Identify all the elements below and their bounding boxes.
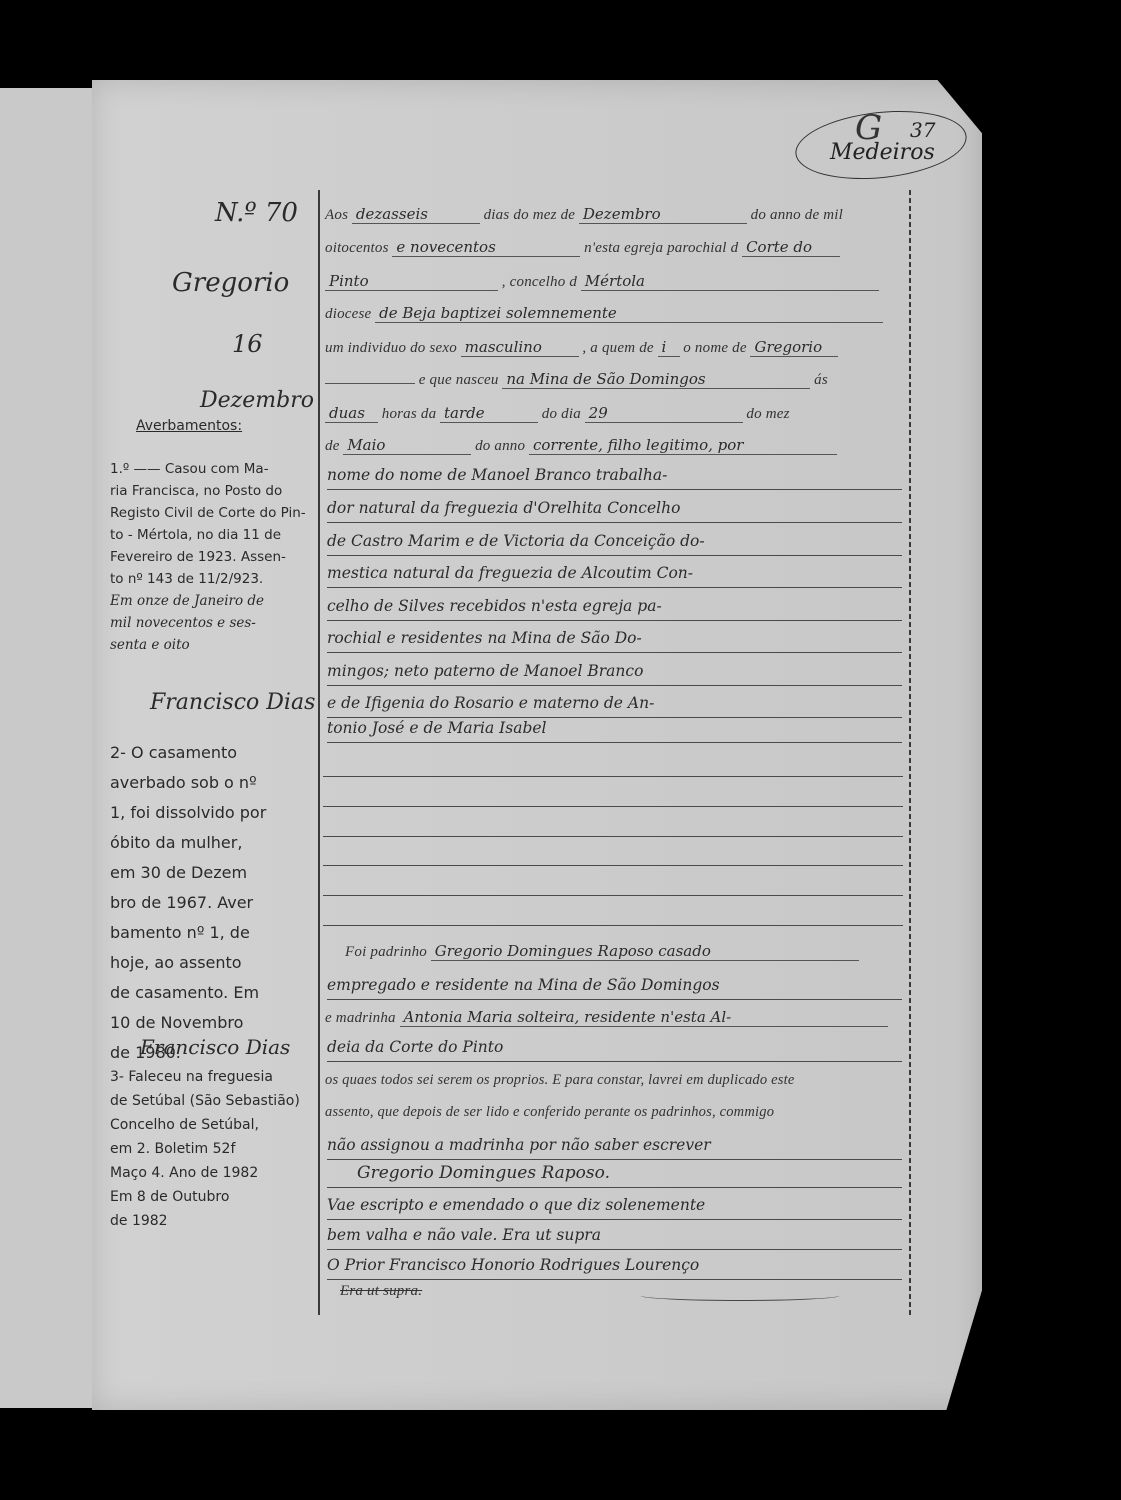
annotation-line: ria Francisca, no Posto do	[110, 480, 318, 502]
annotation-line: mil novecentos e ses-	[110, 612, 318, 634]
printed-text: oitocentos	[325, 240, 389, 256]
field-sex: masculino	[461, 338, 579, 357]
blank-ruled-line	[323, 895, 903, 896]
annotation-1: 1.º —— Casou com Ma- ria Francisca, no P…	[110, 458, 318, 656]
blank-ruled-line	[323, 776, 903, 777]
signature-line: Vae escripto e emendado o que diz solene…	[327, 1192, 902, 1220]
printed-text: Foi padrinho	[345, 944, 427, 960]
printed-text: ás	[814, 372, 828, 388]
printed-text: do mez	[746, 406, 789, 422]
field-diocese: de Beja baptizei solemnemente	[375, 304, 883, 323]
annotation-2: 2- O casamento averbado sob o nº 1, foi …	[110, 738, 318, 1068]
printed-text: um individuo do sexo	[325, 340, 457, 356]
annotation-2-signature: Francisco Dias	[140, 1035, 290, 1059]
annotation-line: averbado sob o nº	[110, 768, 318, 798]
printed-text: e madrinha	[325, 1010, 396, 1026]
margin-child-name: Gregorio	[172, 268, 289, 298]
printed-text: , a quem de	[582, 340, 653, 356]
annotation-line: Fevereiro de 1923. Assen-	[110, 546, 318, 568]
annotation-line: to nº 143 de 11/2/923.	[110, 568, 318, 590]
body-line: rochial e residentes na Mina de São Do-	[327, 625, 902, 653]
annotations-heading: Averbamentos:	[136, 418, 242, 434]
body-line: dor natural da freguezia d'Orelhita Conc…	[327, 495, 902, 523]
field-day: dezasseis	[352, 205, 480, 224]
blank-ruled-line	[323, 925, 903, 926]
body-line: celho de Silves recebidos n'esta egreja …	[327, 593, 902, 621]
annotation-line: 3- Faleceu na freguesia	[110, 1065, 318, 1089]
field-birth-year: corrente, filho legitimo, por	[529, 436, 837, 455]
annotation-line: de casamento. Em	[110, 978, 318, 1008]
godmother-line-2: deia da Corte do Pinto	[327, 1034, 902, 1062]
field-year: e novecentos	[392, 238, 580, 257]
annotation-line: Maço 4. Ano de 1982	[110, 1161, 318, 1185]
record-line-3: Pinto , concelho d Mértola	[325, 272, 905, 291]
annotation-1-signature: Francisco Dias	[150, 690, 315, 715]
field-birthplace: na Mina de São Domingos	[502, 370, 810, 389]
entry-number: N.º 70	[215, 198, 298, 228]
record-line-4: diocese de Beja baptizei solemnemente	[325, 304, 905, 323]
printed-text: do anno de mil	[751, 207, 843, 223]
field-name: Gregorio	[750, 338, 838, 357]
body-line: e de Ifigenia do Rosario e materno de An…	[327, 690, 902, 718]
left-facing-page	[0, 88, 94, 1408]
printed-text: do anno	[475, 438, 525, 454]
annotation-line: óbito da mulher,	[110, 828, 318, 858]
annotation-line: Em onze de Janeiro de	[110, 590, 318, 612]
printed-text: horas da	[382, 406, 437, 422]
annotation-line: hoje, ao assento	[110, 948, 318, 978]
annotation-line: Registo Civil de Corte do Pin-	[110, 502, 318, 524]
field-parish: Corte do	[742, 238, 840, 257]
margin-month: Dezembro	[200, 388, 314, 413]
godfather-line-2: empregado e residente na Mina de São Dom…	[327, 972, 902, 1000]
godfather-signature: Gregorio Domingues Raposo.	[327, 1160, 902, 1188]
printed-text: diocese	[325, 306, 371, 322]
closing-text-2: assento, que depois de ser lido e confer…	[325, 1104, 905, 1121]
annotation-line: Concelho de Setúbal,	[110, 1113, 318, 1137]
annotation-line: bro de 1967. Aver	[110, 888, 318, 918]
field-birth-month: Maio	[343, 436, 471, 455]
annotation-line: to - Mértola, no dia 11 de	[110, 524, 318, 546]
signature-line: não assignou a madrinha por não saber es…	[327, 1132, 902, 1160]
field-month: Dezembro	[579, 205, 747, 224]
printed-text: do dia	[542, 406, 581, 422]
printed-text: de	[325, 438, 340, 454]
body-line: mingos; neto paterno de Manoel Branco	[327, 658, 902, 686]
annotation-line: senta e oito	[110, 634, 318, 656]
printed-text: dias do mez de	[484, 207, 576, 223]
body-line: de Castro Marim e de Victoria da Conceiç…	[327, 528, 902, 556]
printed-text: o nome de	[683, 340, 746, 356]
stamp-signature: Medeiros	[830, 140, 935, 165]
body-line: tonio José e de Maria Isabel	[327, 715, 902, 743]
field-municipality: Mértola	[581, 272, 879, 291]
annotation-line: em 30 de Dezem	[110, 858, 318, 888]
field-name-cont	[325, 383, 415, 384]
annotation-line: 1, foi dissolvido por	[110, 798, 318, 828]
field-period: tarde	[440, 404, 538, 423]
record-line-8: de Maio do anno corrente, filho legitimo…	[325, 436, 905, 455]
godfather-line: Foi padrinho Gregorio Domingues Raposo c…	[345, 942, 905, 961]
right-border-rule	[909, 190, 911, 1315]
printed-text: Aos	[325, 207, 348, 223]
record-line-1: Aos dezasseis dias do mez de Dezembro do…	[325, 205, 905, 224]
record-line-5: um individuo do sexo masculino , a quem …	[325, 338, 905, 357]
page-number: 37	[910, 118, 935, 142]
annotation-line: 1.º —— Casou com Ma-	[110, 458, 318, 480]
printed-text: , concelho d	[502, 274, 577, 290]
annotation-line: 10 de Novembro	[110, 1008, 318, 1038]
godmother-line: e madrinha Antonia Maria solteira, resid…	[325, 1008, 905, 1027]
blank-ruled-line	[323, 806, 903, 807]
field-birth-day: 29	[585, 404, 743, 423]
printed-text: n'esta egreja parochial d	[584, 240, 738, 256]
record-line-7: duas horas da tarde do dia 29 do mez	[325, 404, 905, 423]
signature-line: bem valha e não vale. Era ut supra	[327, 1222, 902, 1250]
record-line-2: oitocentos e novecentos n'esta egreja pa…	[325, 238, 905, 257]
margin-day: 16	[232, 330, 263, 358]
annotation-line: em 2. Boletim 52f	[110, 1137, 318, 1161]
blank-ruled-line	[323, 836, 903, 837]
blank-ruled-line	[323, 865, 903, 866]
field-godfather: Gregorio Domingues Raposo casado	[431, 942, 859, 961]
annotation-line: 2- O casamento	[110, 738, 318, 768]
body-line: mestica natural da freguezia de Alcoutim…	[327, 560, 902, 588]
field-parish-cont: Pinto	[325, 272, 498, 291]
priest-signature: O Prior Francisco Honorio Rodrigues Lour…	[327, 1252, 902, 1280]
printed-text: e que nasceu	[419, 372, 499, 388]
record-line-6: e que nasceu na Mina de São Domingos ás	[325, 370, 905, 389]
signature-flourish	[640, 1290, 840, 1301]
field-gave: i	[658, 338, 680, 357]
margin-divider-rule	[318, 190, 320, 1315]
closing-text-1: os quaes todos sei serem os proprios. E …	[325, 1072, 905, 1089]
annotation-3: 3- Faleceu na freguesia de Setúbal (São …	[110, 1065, 318, 1233]
era-ut-supra: Era ut supra.	[340, 1283, 422, 1300]
annotation-line: Em 8 de Outubro	[110, 1185, 318, 1209]
annotation-line: de Setúbal (São Sebastião)	[110, 1089, 318, 1113]
annotation-line: bamento nº 1, de	[110, 918, 318, 948]
body-line: nome do nome de Manoel Branco trabalha-	[327, 462, 902, 490]
annotation-line: de 1982	[110, 1209, 318, 1233]
field-godmother: Antonia Maria solteira, residente n'esta…	[400, 1008, 888, 1027]
field-hour: duas	[325, 404, 378, 423]
